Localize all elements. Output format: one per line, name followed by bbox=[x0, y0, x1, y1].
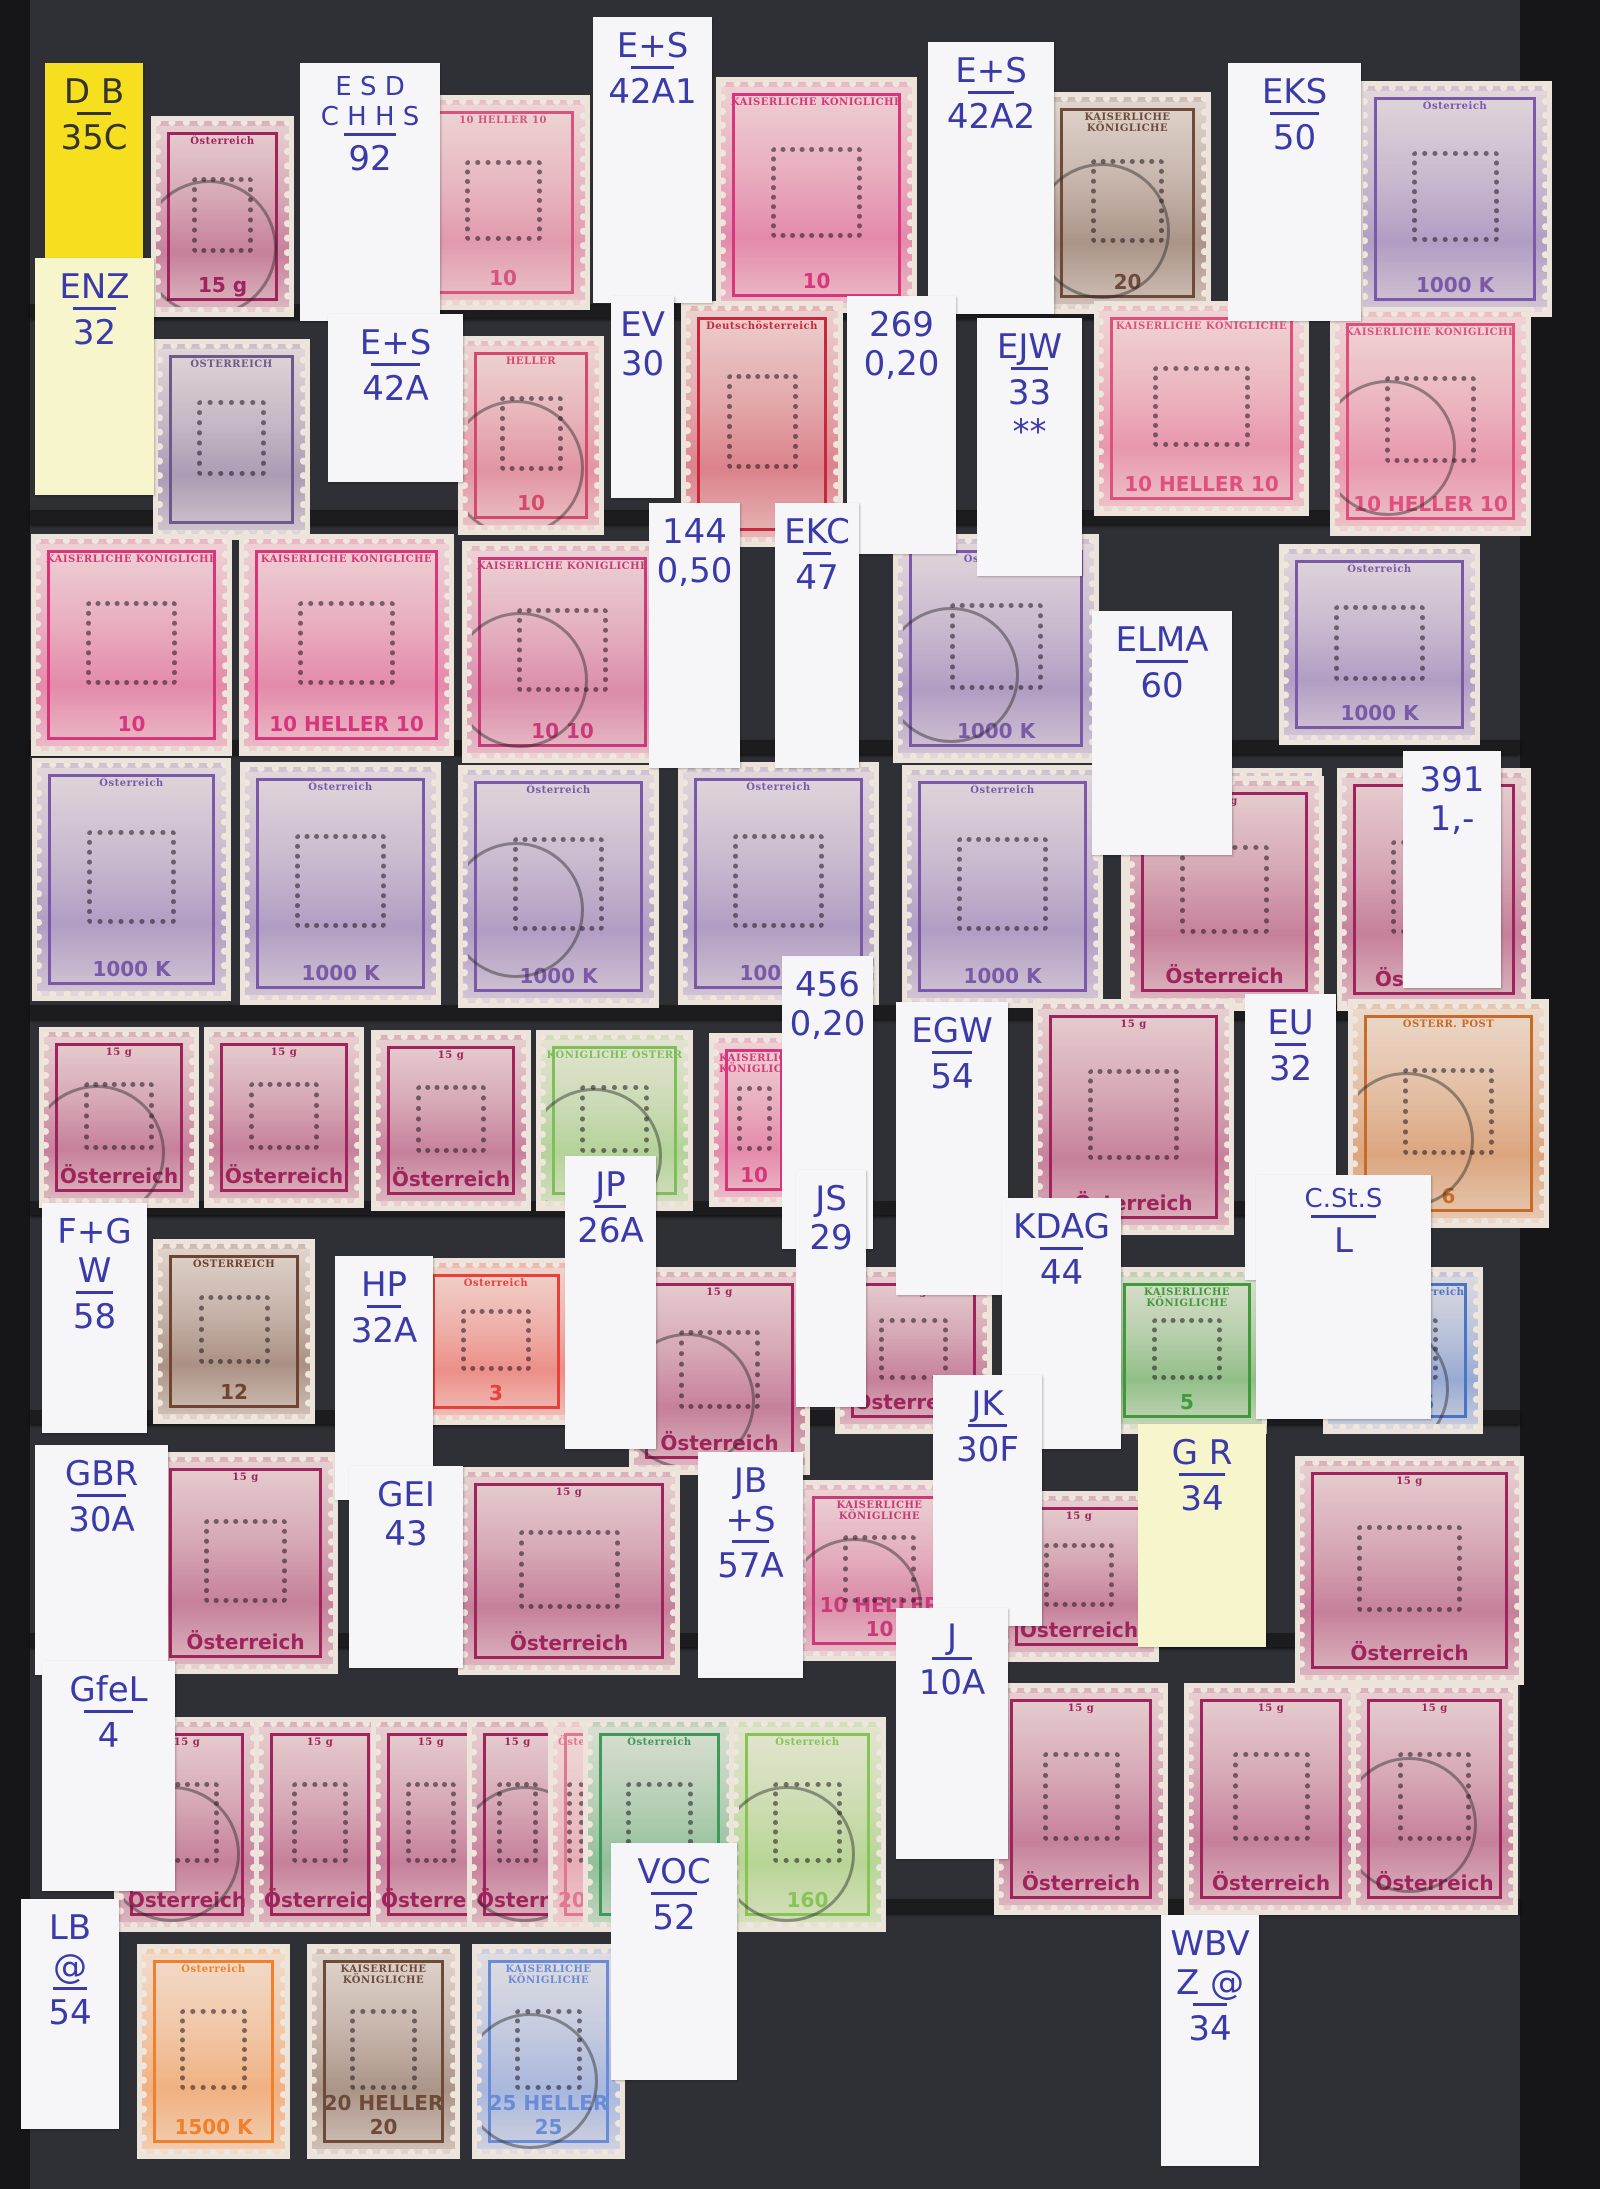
label-text: 58 bbox=[48, 1298, 141, 1337]
page-left-edge bbox=[0, 0, 30, 2189]
catalog-label-enz: ENZ32 bbox=[35, 258, 154, 495]
perfin-holes bbox=[1334, 605, 1425, 681]
stamp-inscription: KÖNIGLICHE ÖSTERR bbox=[546, 1050, 683, 1061]
stamp-inscription: KAISERLICHE KÖNIGLICHE bbox=[726, 97, 907, 108]
label-text: 35C bbox=[51, 119, 137, 158]
label-text: 26A bbox=[571, 1212, 650, 1251]
label-text: 60 bbox=[1098, 667, 1226, 706]
perfin-holes bbox=[1412, 151, 1499, 242]
label-text: 32 bbox=[41, 314, 148, 353]
label-text: 33 bbox=[983, 374, 1076, 413]
label-text: 92 bbox=[306, 140, 434, 179]
label-text: 30A bbox=[41, 1501, 162, 1540]
stamp: ÖSTERREICH bbox=[156, 342, 307, 537]
catalog-label-hp: HP32A bbox=[335, 1256, 433, 1500]
catalog-label-lb: LB@54 bbox=[21, 1899, 119, 2129]
label-text: 144 bbox=[655, 513, 734, 552]
catalog-label-j: J10A bbox=[896, 1608, 1008, 1859]
perfin-holes bbox=[1088, 1069, 1179, 1160]
catalog-label-jp: JP26A bbox=[565, 1156, 656, 1449]
stamp: 15 gÖsterreich bbox=[1298, 1459, 1521, 1682]
label-text: 34 bbox=[1144, 1480, 1260, 1519]
catalog-label-ekc: EKC47 bbox=[775, 503, 859, 768]
stamp-inscription: 15 g bbox=[1361, 1703, 1508, 1714]
label-text: EKS bbox=[1234, 73, 1355, 112]
stamp: Österreich1000 K bbox=[905, 768, 1100, 1005]
stamp-denomination: 5 bbox=[1117, 1390, 1257, 1414]
label-text: F+G bbox=[48, 1213, 141, 1252]
perfin-holes bbox=[957, 837, 1048, 931]
stamp-inscription: Österreich bbox=[739, 1737, 876, 1748]
stamp: 15 gÖsterreich bbox=[156, 1455, 335, 1671]
stamp-inscription: KAISERLICHE KÖNIGLICHE bbox=[482, 1964, 615, 1986]
catalog-label-gei: GEI43 bbox=[349, 1466, 463, 1668]
label-text: 0,20 bbox=[788, 1005, 867, 1044]
stamp-inscription: KAISERLICHE KÖNIGLICHE bbox=[806, 1500, 953, 1522]
stamp: 15 gÖsterreich bbox=[1354, 1686, 1515, 1912]
perfin-holes bbox=[1043, 1752, 1120, 1841]
stamp: KAISERLICHE KÖNIGLICHE10 HELLER 10 bbox=[1097, 304, 1306, 513]
stamp-denomination: 20 HELLER 20 bbox=[317, 2091, 450, 2139]
stamp-inscription: KAISERLICHE KÖNIGLICHE bbox=[1054, 112, 1201, 134]
catalog-label-n269: 2690,20 bbox=[847, 296, 956, 554]
label-text: LB bbox=[27, 1909, 113, 1948]
perfin-holes bbox=[350, 2009, 417, 2091]
stamp-inscription: 15 g bbox=[468, 1487, 670, 1498]
stamp-inscription: KAISERLICHE KÖNIGLICHE bbox=[472, 561, 653, 572]
label-text: ELMA bbox=[1098, 621, 1226, 660]
stamp: 15 gÖsterreich bbox=[997, 1686, 1165, 1912]
stamp-denomination: 1000 K bbox=[1368, 273, 1542, 297]
label-text: 30 bbox=[617, 345, 668, 384]
stamp: KAISERLICHE KÖNIGLICHE10 bbox=[719, 80, 914, 310]
label-text: 47 bbox=[781, 559, 853, 598]
catalog-label-ejw: EJW33** bbox=[977, 318, 1082, 576]
stamp-inscription: 15 g bbox=[264, 1737, 376, 1748]
stamp-denomination: Österreich bbox=[468, 1631, 670, 1655]
stamp-inscription: Österreich bbox=[912, 785, 1093, 796]
stamp-denomination: 3 bbox=[426, 1381, 566, 1405]
stamp: KAISERLICHE KÖNIGLICHE10 HELLER 10 bbox=[242, 537, 451, 753]
stamp: Österreich1000 K bbox=[35, 761, 228, 998]
stamp: KAISERLICHE KÖNIGLICHE20 HELLER 20 bbox=[310, 1947, 457, 2156]
stamp-inscription: Österreich bbox=[1368, 101, 1542, 112]
stamp: 15 gÖsterreich bbox=[1187, 1686, 1355, 1912]
perfin-holes bbox=[86, 601, 177, 686]
stamp: KAISERLICHE KÖNIGLICHE5 bbox=[1110, 1270, 1264, 1431]
perfin-holes bbox=[771, 147, 862, 238]
stamp: Österreich3 bbox=[419, 1261, 573, 1422]
label-text: 42A2 bbox=[934, 98, 1048, 137]
catalog-label-es-42a: E+S42A bbox=[328, 314, 463, 482]
stamp-inscription: ÖSTERREICH bbox=[163, 1259, 305, 1270]
stamp: 15 gÖsterreich bbox=[632, 1270, 807, 1472]
perfin-holes bbox=[1044, 1543, 1114, 1606]
stamp-denomination: 10 bbox=[41, 712, 222, 736]
stamp-inscription: KAISERLICHE KÖNIGLICHE bbox=[41, 554, 222, 565]
perfin-holes bbox=[1233, 1752, 1310, 1841]
label-text: EGW bbox=[902, 1012, 1002, 1051]
stamp: 15 gÖsterreich bbox=[374, 1033, 528, 1208]
stamp: KAISERLICHE KÖNIGLICHE20 bbox=[1047, 95, 1208, 311]
label-text: L bbox=[1262, 1222, 1425, 1261]
stamp-inscription: Österreich bbox=[468, 785, 649, 796]
stamp: 10 HELLER 1010 bbox=[419, 98, 587, 307]
stamp-inscription: Deutschösterreich bbox=[691, 321, 833, 332]
perfin-holes bbox=[727, 374, 798, 469]
label-text: C H H S bbox=[306, 103, 434, 133]
perfin-holes bbox=[519, 1530, 620, 1609]
label-text: 57A bbox=[704, 1547, 797, 1586]
label-text: E S D bbox=[306, 73, 434, 103]
stamp-denomination: Österreich bbox=[214, 1164, 354, 1188]
stamp-denomination: Österreich bbox=[1135, 964, 1314, 988]
label-text: G R bbox=[1144, 1434, 1260, 1473]
label-text: WBV bbox=[1167, 1925, 1253, 1964]
perfin-holes bbox=[180, 2009, 247, 2091]
stamp: Österreich160 bbox=[732, 1720, 883, 1929]
stamp-inscription: Österreich bbox=[42, 778, 221, 789]
label-text: E+S bbox=[334, 324, 457, 363]
stamp-inscription: KAISERLICHE KÖNIGLICHE bbox=[249, 554, 444, 565]
stamp-inscription: Österreich bbox=[688, 782, 869, 793]
label-text: 42A bbox=[334, 370, 457, 409]
stamp-inscription: 15 g bbox=[49, 1047, 189, 1058]
catalog-label-gbr: GBR30A bbox=[35, 1445, 168, 1675]
label-text: 0,20 bbox=[853, 345, 950, 384]
label-text: EU bbox=[1251, 1004, 1330, 1043]
stamp-inscription: 15 g bbox=[381, 1737, 481, 1748]
stamp: Österreich15 g bbox=[154, 119, 291, 314]
label-text: 391 bbox=[1409, 761, 1495, 800]
catalog-label-ev: EV30 bbox=[611, 296, 674, 498]
catalog-label-gr: G R34 bbox=[1138, 1424, 1266, 1647]
stamp-inscription: 15 g bbox=[1004, 1703, 1158, 1714]
label-text: E+S bbox=[934, 52, 1048, 91]
stamp-denomination: 1000 K bbox=[250, 961, 431, 985]
label-text: EJW bbox=[983, 328, 1076, 367]
label-text: 34 bbox=[1167, 2010, 1253, 2049]
stamp-denomination: 10 HELLER 10 bbox=[1104, 472, 1299, 496]
label-text: @ bbox=[27, 1948, 113, 1987]
stamp-denomination: Österreich bbox=[381, 1888, 481, 1912]
label-text: EV bbox=[617, 306, 668, 345]
catalog-label-db: D B35C bbox=[45, 63, 143, 265]
stamp-denomination: 1000 K bbox=[912, 964, 1093, 988]
label-text: JP bbox=[571, 1166, 650, 1205]
stamp-denomination: Österreich bbox=[381, 1167, 521, 1191]
stamp-inscription: KAISERLICHE KÖNIGLICHE bbox=[317, 1964, 450, 1986]
stamp-inscription: KAISERLICHE KÖNIGLICHE bbox=[1104, 321, 1299, 332]
stamp-inscription: 15 g bbox=[1043, 1019, 1224, 1030]
label-text: HP bbox=[341, 1266, 427, 1305]
perfin-holes bbox=[733, 834, 824, 928]
label-text: 456 bbox=[788, 966, 867, 1005]
stamp-denomination: Österreich bbox=[1004, 1871, 1158, 1895]
stamp: Österreich1000 K bbox=[243, 765, 438, 1002]
stamp-denomination: Österreich bbox=[163, 1630, 328, 1654]
catalog-label-fgw: F+GW58 bbox=[42, 1203, 147, 1433]
stamp-inscription: KAISERLICHE KÖNIGLICHE bbox=[1340, 327, 1521, 338]
label-text: KDAG bbox=[1008, 1208, 1115, 1247]
label-text: +S bbox=[704, 1501, 797, 1540]
stamp: 15 gÖsterreich bbox=[257, 1720, 383, 1929]
label-text: 54 bbox=[902, 1058, 1002, 1097]
perfin-holes bbox=[461, 1309, 531, 1371]
perfin-holes bbox=[406, 1782, 456, 1864]
perfin-holes bbox=[1180, 845, 1270, 934]
label-text: ENZ bbox=[41, 268, 148, 307]
label-text: 32 bbox=[1251, 1050, 1330, 1089]
catalog-label-eks: EKS50 bbox=[1228, 63, 1361, 321]
perfin-holes bbox=[737, 1086, 772, 1151]
label-text: C.St.S bbox=[1262, 1185, 1425, 1215]
catalog-label-voc: VOC52 bbox=[611, 1843, 737, 2080]
catalog-label-gfel: GfeL4 bbox=[42, 1661, 175, 1891]
stamp-denomination: Österreich bbox=[1305, 1641, 1514, 1665]
label-text: Z @ bbox=[1167, 1964, 1253, 2003]
perfin-holes bbox=[1152, 1318, 1222, 1380]
label-text: 50 bbox=[1234, 119, 1355, 158]
label-text: ** bbox=[983, 413, 1076, 452]
stamp-denomination: 10 HELLER 10 bbox=[249, 712, 444, 736]
stamp-denomination: 1500 K bbox=[147, 2115, 280, 2139]
stamp-inscription: ÖSTERREICH bbox=[163, 359, 300, 370]
stamp: ÖSTERREICH12 bbox=[156, 1242, 312, 1421]
stamp-inscription: 10 HELLER 10 bbox=[426, 115, 580, 126]
stamp-inscription: Österreich bbox=[147, 1964, 280, 1975]
stamp-inscription: KAISERLICHE KÖNIGLICHE bbox=[1117, 1287, 1257, 1309]
label-text: D B bbox=[51, 73, 137, 112]
label-text: GEI bbox=[355, 1476, 457, 1515]
stamp: 15 gÖsterreich bbox=[461, 1470, 677, 1672]
perfin-holes bbox=[416, 1085, 486, 1153]
catalog-label-esd: E S DC H H S92 bbox=[300, 63, 440, 321]
stamp: KAISERLICHE KÖNIGLICHE10 10 bbox=[465, 544, 660, 760]
label-text: 32A bbox=[341, 1312, 427, 1351]
label-text: 52 bbox=[617, 1899, 731, 1938]
label-text: JB bbox=[704, 1462, 797, 1501]
perfin-holes bbox=[87, 830, 177, 924]
stamp: KAISERLICHE KÖNIGLICHE25 HELLER 25 bbox=[475, 1947, 622, 2156]
label-text: 29 bbox=[802, 1219, 860, 1258]
stamp-inscription: Österreich bbox=[593, 1737, 726, 1748]
catalog-label-es-42a2: E+S42A2 bbox=[928, 42, 1054, 314]
stamp-inscription: KAISERLICHE KÖNIGLICHE bbox=[719, 1053, 789, 1075]
label-text: JS bbox=[802, 1180, 860, 1219]
catalog-label-jbs: JB+S57A bbox=[698, 1452, 803, 1678]
stamp-inscription: 15 g bbox=[214, 1047, 354, 1058]
stamp-inscription: ÖSTERR. POST bbox=[1358, 1019, 1539, 1030]
stamp: Österreich1000 K bbox=[1361, 84, 1549, 314]
catalog-label-elma: ELMA60 bbox=[1092, 611, 1232, 855]
catalog-label-egw: EGW54 bbox=[896, 1002, 1008, 1295]
catalog-label-js: JS29 bbox=[796, 1170, 866, 1407]
label-text: 1,- bbox=[1409, 800, 1495, 839]
stamp: HELLER10 bbox=[461, 339, 601, 532]
perfin-holes bbox=[204, 1519, 287, 1604]
perfin-holes bbox=[1153, 366, 1251, 448]
label-text: 0,50 bbox=[655, 552, 734, 591]
stamp: KAISERLICHE KÖNIGLICHE10 bbox=[34, 537, 229, 753]
stamp-denomination: 1000 K bbox=[1289, 701, 1470, 725]
catalog-label-jk: JK30F bbox=[933, 1375, 1042, 1626]
stamp-denomination: 10 bbox=[726, 269, 907, 293]
label-text: E+S bbox=[599, 27, 706, 66]
perfin-holes bbox=[249, 1082, 319, 1150]
stamp-inscription: HELLER bbox=[468, 356, 594, 367]
label-text: 44 bbox=[1008, 1254, 1115, 1293]
label-text: 269 bbox=[853, 306, 950, 345]
label-text: 4 bbox=[48, 1717, 169, 1756]
catalog-label-n144: 1440,50 bbox=[649, 503, 740, 768]
stamp: 15 gÖsterreich bbox=[42, 1030, 196, 1205]
stamp-denomination: 1000 K bbox=[42, 957, 221, 981]
perfin-holes bbox=[295, 834, 386, 928]
label-text: GfeL bbox=[48, 1671, 169, 1710]
stockbook-page: Österreich15 g10 HELLER 1010KAISERLICHE … bbox=[0, 0, 1600, 2189]
stamp-inscription: Österreich bbox=[250, 782, 431, 793]
stamp: Österreich1000 K bbox=[461, 768, 656, 1005]
label-text: EKC bbox=[781, 513, 853, 552]
stamp: 15 gÖsterreich bbox=[207, 1030, 361, 1205]
stamp: Österreich1000 K bbox=[1282, 547, 1477, 742]
catalog-label-n391: 3911,- bbox=[1403, 751, 1501, 988]
catalog-label-csts: C.St.SL bbox=[1256, 1175, 1431, 1419]
stamp-inscription: 15 g bbox=[1194, 1703, 1348, 1714]
stamp-denomination: Österreich bbox=[1194, 1871, 1348, 1895]
label-text: GBR bbox=[41, 1455, 162, 1494]
label-text: JK bbox=[939, 1385, 1036, 1424]
stamp-denomination: 10 bbox=[426, 266, 580, 290]
label-text: W bbox=[48, 1252, 141, 1291]
label-text: J bbox=[902, 1618, 1002, 1657]
stamp-denomination: 12 bbox=[163, 1380, 305, 1404]
catalog-label-wbv: WBVZ @34 bbox=[1161, 1915, 1259, 2166]
stamp-inscription: 15 g bbox=[1305, 1476, 1514, 1487]
perfin-holes bbox=[1357, 1525, 1462, 1613]
stamp: KAISERLICHE KÖNIGLICHE10 HELLER 10 bbox=[1333, 310, 1528, 533]
stamp-denomination: Österreich bbox=[264, 1888, 376, 1912]
stamp-inscription: 15 g bbox=[477, 1737, 558, 1748]
stamp-inscription: 15 g bbox=[381, 1050, 521, 1061]
label-text: 54 bbox=[27, 1994, 113, 2033]
stamp-inscription: 15 g bbox=[639, 1287, 800, 1298]
stamp-inscription: Österreich bbox=[426, 1278, 566, 1289]
perfin-holes bbox=[197, 400, 266, 476]
label-text: 10A bbox=[902, 1664, 1002, 1703]
label-text: 30F bbox=[939, 1431, 1036, 1470]
perfin-holes bbox=[199, 1295, 270, 1364]
label-text: 43 bbox=[355, 1515, 457, 1554]
perfin-holes bbox=[292, 1782, 348, 1864]
stamp-inscription: Österreich bbox=[1289, 564, 1470, 575]
perfin-holes bbox=[465, 160, 542, 242]
perfin-holes bbox=[879, 1318, 948, 1380]
perfin-holes bbox=[298, 601, 396, 686]
label-text: 42A1 bbox=[599, 73, 706, 112]
stamp: Österreich1500 K bbox=[140, 1947, 287, 2156]
stamp-inscription: 15 g bbox=[163, 1472, 328, 1483]
label-text: VOC bbox=[617, 1853, 731, 1892]
stamp-denomination: 10 bbox=[719, 1163, 789, 1187]
stamp-inscription: Österreich bbox=[161, 136, 284, 147]
perfin-holes bbox=[567, 1782, 585, 1864]
catalog-label-es-42a1: E+S42A1 bbox=[593, 17, 712, 303]
